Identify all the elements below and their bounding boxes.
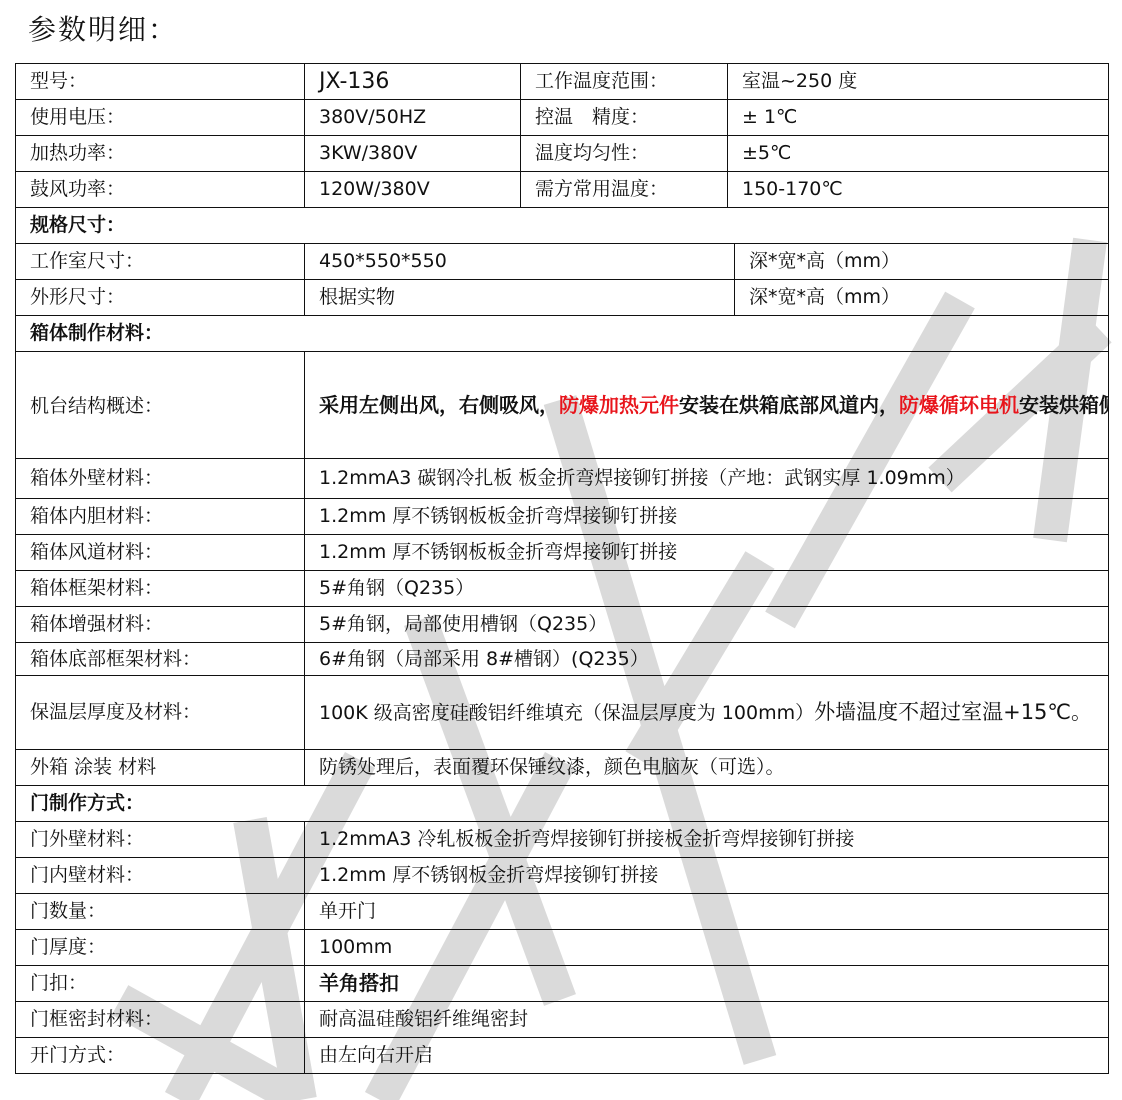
label-cell: 工作温度范围：	[521, 64, 728, 100]
structure-description: 采用左侧出风，右侧吸风，防爆加热元件安装在烘箱底部风道内，防爆循环电机安装烘箱侧…	[305, 352, 1109, 459]
spec-row-chamber-size: 工作室尺寸： 450*550*550 深*宽*高（mm）	[16, 244, 1109, 280]
spec-row-door-outer: 门外壁材料： 1.2mmA3 冷轧板板金折弯焊接铆钉拼接板金折弯焊接铆钉拼接	[16, 822, 1109, 858]
unit-cell: 深*宽*高（mm）	[735, 280, 1109, 316]
value-cell: ±5℃	[728, 136, 1109, 172]
label-cell: 使用电压：	[16, 100, 305, 136]
spec-row-blower-power: 鼓风功率： 120W/380V 需方常用温度： 150-170℃	[16, 172, 1109, 208]
label-cell: 箱体增强材料：	[16, 607, 305, 643]
spec-row-door-latch: 门扣： 羊角搭扣	[16, 966, 1109, 1002]
insulation-text: 100K 级高密度硅酸铝纤维填充（保温层厚度为 100mm）	[319, 702, 814, 724]
spec-row-frame: 箱体框架材料： 5#角钢（Q235）	[16, 571, 1109, 607]
spec-row-door-count: 门数量： 单开门	[16, 894, 1109, 930]
value-cell: 1.2mm 厚不锈钢板金折弯焊接铆钉拼接	[305, 858, 1109, 894]
section-title: 箱体制作材料：	[16, 316, 1109, 352]
label-cell: 门外壁材料：	[16, 822, 305, 858]
value-cell: 室温~250 度	[728, 64, 1109, 100]
spec-row-door-inner: 门内壁材料： 1.2mm 厚不锈钢板金折弯焊接铆钉拼接	[16, 858, 1109, 894]
value-cell: 380V/50HZ	[305, 100, 521, 136]
spec-row-door-thickness: 门厚度： 100mm	[16, 930, 1109, 966]
insulation-text-large: 外墙温度不超过室温+15℃。	[814, 700, 1092, 724]
spec-row-insulation: 保温层厚度及材料： 100K 级高密度硅酸铝纤维填充（保温层厚度为 100mm）…	[16, 676, 1109, 750]
spec-row-reinforcement: 箱体增强材料： 5#角钢，局部使用槽钢（Q235）	[16, 607, 1109, 643]
value-cell: 100mm	[305, 930, 1109, 966]
label-cell: 箱体外壁材料：	[16, 459, 305, 499]
label-cell: 外形尺寸：	[16, 280, 305, 316]
value-cell: 单开门	[305, 894, 1109, 930]
value-cell: JX-136	[305, 64, 521, 100]
label-cell: 开门方式：	[16, 1038, 305, 1074]
spec-row-door-seal: 门框密封材料： 耐高温硅酸铝纤维绳密封	[16, 1002, 1109, 1038]
unit-cell: 深*宽*高（mm）	[735, 244, 1109, 280]
label-cell: 外箱 涂装 材料	[16, 750, 305, 786]
value-cell: 5#角钢，局部使用槽钢（Q235）	[305, 607, 1109, 643]
spec-row-bottom-frame: 箱体底部框架材料： 6#角钢（局部采用 8#槽钢）(Q235）	[16, 643, 1109, 676]
label-cell: 门数量：	[16, 894, 305, 930]
value-cell: 3KW/380V	[305, 136, 521, 172]
label-cell: 门内壁材料：	[16, 858, 305, 894]
spec-row-door-opening: 开门方式： 由左向右开启	[16, 1038, 1109, 1074]
spec-row-air-duct: 箱体风道材料： 1.2mm 厚不锈钢板板金折弯焊接铆钉拼接	[16, 535, 1109, 571]
value-cell: 1.2mmA3 碳钢冷扎板 板金折弯焊接铆钉拼接（产地：武钢实厚 1.09mm）	[305, 459, 1109, 499]
value-cell: 450*550*550	[305, 244, 735, 280]
label-cell: 箱体框架材料：	[16, 571, 305, 607]
spec-row-outer-size: 外形尺寸： 根据实物 深*宽*高（mm）	[16, 280, 1109, 316]
spec-row-model: 型号： JX-136 工作温度范围： 室温~250 度	[16, 64, 1109, 100]
value-cell: 耐高温硅酸铝纤维绳密封	[305, 1002, 1109, 1038]
section-title: 规格尺寸：	[16, 208, 1109, 244]
section-header-cabinet: 箱体制作材料：	[16, 316, 1109, 352]
label-cell: 门扣：	[16, 966, 305, 1002]
value-cell: 120W/380V	[305, 172, 521, 208]
label-cell: 机台结构概述：	[16, 352, 305, 459]
spec-row-voltage: 使用电压： 380V/50HZ 控温 精度： ± 1℃	[16, 100, 1109, 136]
label-cell: 保温层厚度及材料：	[16, 676, 305, 750]
insulation-value: 100K 级高密度硅酸铝纤维填充（保温层厚度为 100mm）外墙温度不超过室温+…	[305, 676, 1109, 750]
section-title: 门制作方式：	[16, 786, 1109, 822]
value-cell: 1.2mm 厚不锈钢板板金折弯焊接铆钉拼接	[305, 499, 1109, 535]
value-cell: 5#角钢（Q235）	[305, 571, 1109, 607]
label-cell: 控温 精度：	[521, 100, 728, 136]
desc-highlight: 防爆加热元件	[559, 393, 679, 417]
label-cell: 鼓风功率：	[16, 172, 305, 208]
label-cell: 箱体底部框架材料：	[16, 643, 305, 676]
label-cell: 温度均匀性：	[521, 136, 728, 172]
label-cell: 门厚度：	[16, 930, 305, 966]
spec-row-coating: 外箱 涂装 材料 防锈处理后，表面覆环保锤纹漆，颜色电脑灰（可选）。	[16, 750, 1109, 786]
spec-row-structure: 机台结构概述： 采用左侧出风，右侧吸风，防爆加热元件安装在烘箱底部风道内，防爆循…	[16, 352, 1109, 459]
desc-segment: 安装烘箱侧部风道内，可以让电机寿命延长，单开门 ,门扣采用羊角搭扣固定。	[1019, 393, 1109, 417]
label-cell: 箱体风道材料：	[16, 535, 305, 571]
label-cell: 工作室尺寸：	[16, 244, 305, 280]
desc-highlight: 防爆循环电机	[899, 393, 1019, 417]
value-cell: 1.2mmA3 冷轧板板金折弯焊接铆钉拼接板金折弯焊接铆钉拼接	[305, 822, 1109, 858]
desc-segment: 安装在烘箱底部风道内，	[679, 393, 899, 417]
value-cell: 根据实物	[305, 280, 735, 316]
spec-row-inner-liner: 箱体内胆材料： 1.2mm 厚不锈钢板板金折弯焊接铆钉拼接	[16, 499, 1109, 535]
section-header-door: 门制作方式：	[16, 786, 1109, 822]
value-cell: 防锈处理后，表面覆环保锤纹漆，颜色电脑灰（可选）。	[305, 750, 1109, 786]
label-cell: 门框密封材料：	[16, 1002, 305, 1038]
spec-row-outer-wall: 箱体外壁材料： 1.2mmA3 碳钢冷扎板 板金折弯焊接铆钉拼接（产地：武钢实厚…	[16, 459, 1109, 499]
value-cell: ± 1℃	[728, 100, 1109, 136]
value-cell: 6#角钢（局部采用 8#槽钢）(Q235）	[305, 643, 1109, 676]
page-title: 参数明细：	[28, 8, 178, 48]
value-cell: 由左向右开启	[305, 1038, 1109, 1074]
label-cell: 加热功率：	[16, 136, 305, 172]
desc-segment: 采用左侧出风，右侧吸风，	[319, 393, 559, 417]
value-cell: 150-170℃	[728, 172, 1109, 208]
value-cell: 羊角搭扣	[305, 966, 1109, 1002]
value-cell: 1.2mm 厚不锈钢板板金折弯焊接铆钉拼接	[305, 535, 1109, 571]
spec-row-heating-power: 加热功率： 3KW/380V 温度均匀性： ±5℃	[16, 136, 1109, 172]
label-cell: 需方常用温度：	[521, 172, 728, 208]
label-cell: 箱体内胆材料：	[16, 499, 305, 535]
label-cell: 型号：	[16, 64, 305, 100]
spec-table: 型号： JX-136 工作温度范围： 室温~250 度 使用电压： 380V/5…	[15, 63, 1109, 1074]
section-header-dimensions: 规格尺寸：	[16, 208, 1109, 244]
